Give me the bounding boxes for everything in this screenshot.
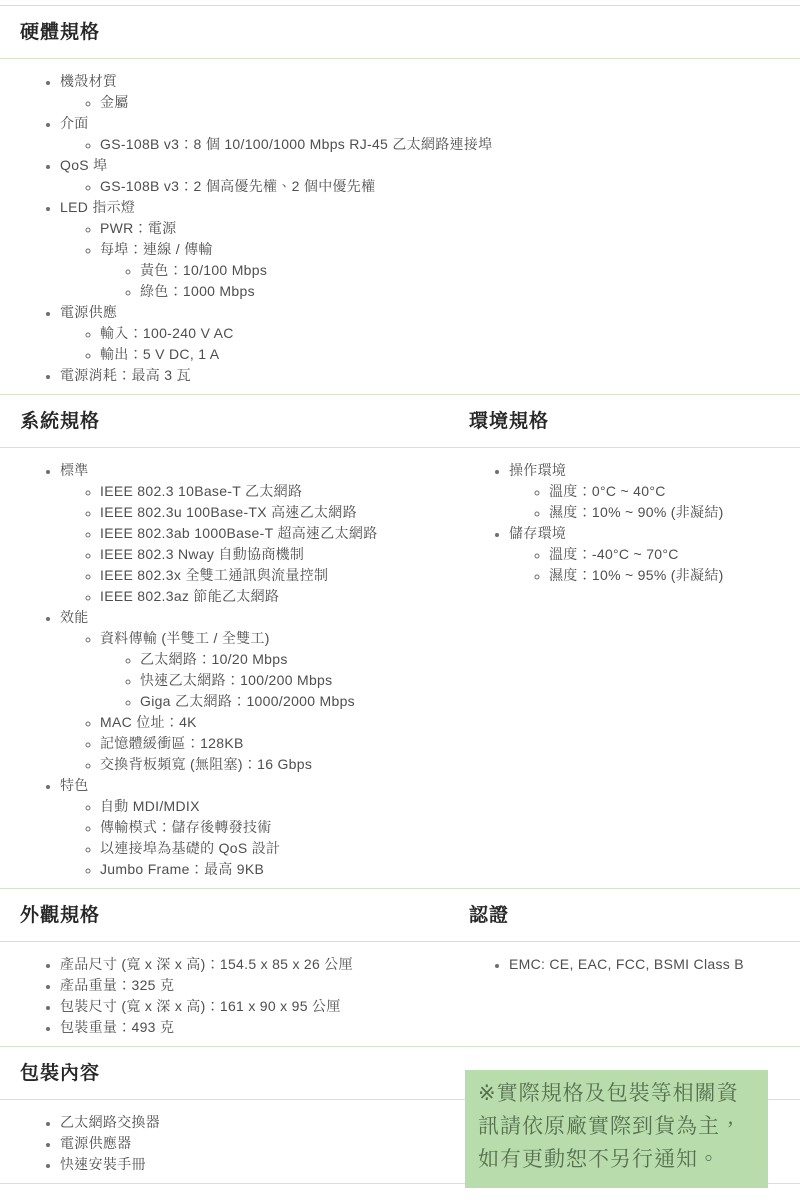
list-item-text: 儲存環境 (509, 525, 566, 541)
list-item-text: IEEE 802.3 Nway 自動協商機制 (100, 546, 304, 562)
list-item-text: GS-108B v3：2 個高優先權、2 個中優先權 (100, 178, 375, 194)
list-item: 輸出：5 V DC, 1 A (100, 344, 780, 365)
list-item-text: 產品尺寸 (寬 x 深 x 高)：154.5 x 85 x 26 公厘 (60, 956, 353, 972)
list-item: 機殼材質金屬 (60, 71, 780, 113)
list-item: Jumbo Frame：最高 9KB (100, 859, 429, 880)
list-item: 包裝重量：493 克 (60, 1017, 429, 1038)
list-item-text: 乙太網路：10/20 Mbps (140, 651, 288, 667)
spec-list-level-2: PWR：電源每埠：連線 / 傳輸黃色：10/100 Mbps綠色：1000 Mb… (60, 218, 780, 302)
divider (0, 1046, 800, 1047)
list-item-text: 溫度：0°C ~ 40°C (549, 483, 666, 499)
list-item-text: MAC 位址：4K (100, 714, 197, 730)
list-item-text: 交換背板頻寬 (無阻塞)：16 Gbps (100, 756, 312, 772)
spec-page: 硬體規格 機殼材質金屬介面GS-108B v3：8 個 10/100/1000 … (0, 0, 800, 1200)
list-item-text: IEEE 802.3x 全雙工通訊與流量控制 (100, 567, 328, 583)
divider (0, 5, 800, 6)
spec-list-level-1: EMC: CE, EAC, FCC, BSMI Class B (469, 942, 780, 983)
list-item-text: 介面 (60, 115, 89, 131)
list-item: 產品尺寸 (寬 x 深 x 高)：154.5 x 85 x 26 公厘 (60, 954, 429, 975)
list-item: 介面GS-108B v3：8 個 10/100/1000 Mbps RJ-45 … (60, 113, 780, 155)
list-item-text: GS-108B v3：8 個 10/100/1000 Mbps RJ-45 乙太… (100, 136, 492, 152)
list-item-text: Jumbo Frame：最高 9KB (100, 861, 264, 877)
list-item: 資料傳輸 (半雙工 / 全雙工)乙太網路：10/20 Mbps快速乙太網路：10… (100, 628, 429, 712)
list-item: IEEE 802.3 Nway 自動協商機制 (100, 544, 429, 565)
list-item: 每埠：連線 / 傳輸黃色：10/100 Mbps綠色：1000 Mbps (100, 239, 780, 302)
list-item-text: 電源消耗：最高 3 瓦 (60, 367, 191, 383)
list-item: 快速乙太網路：100/200 Mbps (140, 670, 429, 691)
list-item: 自動 MDI/MDIX (100, 796, 429, 817)
list-item: 傳輸模式：儲存後轉發技術 (100, 817, 429, 838)
list-item-text: 溫度：-40°C ~ 70°C (549, 546, 679, 562)
spec-list-level-2: 金屬 (60, 92, 780, 113)
list-item-text: 快速乙太網路：100/200 Mbps (140, 672, 332, 688)
list-item: 乙太網路：10/20 Mbps (140, 649, 429, 670)
list-item-text: 金屬 (100, 94, 129, 110)
list-item-text: 濕度：10% ~ 95% (非凝結) (549, 567, 724, 583)
list-item: 溫度：-40°C ~ 70°C (549, 544, 780, 565)
list-item-text: 快速安裝手冊 (60, 1156, 146, 1172)
list-item: 記憶體緩衝區：128KB (100, 733, 429, 754)
list-item: 效能資料傳輸 (半雙工 / 全雙工)乙太網路：10/20 Mbps快速乙太網路：… (60, 607, 429, 775)
list-item-text: 綠色：1000 Mbps (140, 283, 255, 299)
list-item-text: 產品重量：325 克 (60, 977, 174, 993)
list-item-text: 乙太網路交換器 (60, 1114, 160, 1130)
list-item-text: 電源供應器 (60, 1135, 132, 1151)
list-item: GS-108B v3：8 個 10/100/1000 Mbps RJ-45 乙太… (100, 134, 780, 155)
hardware-spec-list: 機殼材質金屬介面GS-108B v3：8 個 10/100/1000 Mbps … (0, 59, 800, 394)
list-item-text: 濕度：10% ~ 90% (非凝結) (549, 504, 724, 520)
spec-list-level-2: 溫度：0°C ~ 40°C濕度：10% ~ 90% (非凝結) (509, 481, 780, 523)
spec-list-level-2: IEEE 802.3 10Base-T 乙太網路IEEE 802.3u 100B… (60, 481, 429, 607)
list-item: MAC 位址：4K (100, 712, 429, 733)
list-item: 產品重量：325 克 (60, 975, 429, 996)
section-title-environment: 環境規格 (469, 410, 780, 434)
list-item: 輸入：100-240 V AC (100, 323, 780, 344)
spec-list-level-2: GS-108B v3：8 個 10/100/1000 Mbps RJ-45 乙太… (60, 134, 780, 155)
list-item: 儲存環境溫度：-40°C ~ 70°C濕度：10% ~ 95% (非凝結) (509, 523, 780, 586)
list-item-text: LED 指示燈 (60, 199, 135, 215)
list-item-text: 效能 (60, 609, 89, 625)
system-spec-list: 標準IEEE 802.3 10Base-T 乙太網路IEEE 802.3u 10… (0, 448, 449, 888)
list-item-text: 包裝重量：493 克 (60, 1019, 174, 1035)
list-item-text: 包裝尺寸 (寬 x 深 x 高)：161 x 90 x 95 公厘 (60, 998, 341, 1014)
list-item-text: 特色 (60, 777, 89, 793)
section-title-hardware: 硬體規格 (20, 21, 780, 45)
list-item: EMC: CE, EAC, FCC, BSMI Class B (509, 954, 780, 975)
spec-list-level-1: 產品尺寸 (寬 x 深 x 高)：154.5 x 85 x 26 公厘產品重量：… (20, 942, 429, 1046)
spec-list-level-2: 自動 MDI/MDIX傳輸模式：儲存後轉發技術以連接埠為基礎的 QoS 設計Ju… (60, 796, 429, 880)
list-item: Giga 乙太網路：1000/2000 Mbps (140, 691, 429, 712)
list-item-text: QoS 埠 (60, 157, 107, 173)
list-item: 以連接埠為基礎的 QoS 設計 (100, 838, 429, 859)
list-item: IEEE 802.3u 100Base-TX 高速乙太網路 (100, 502, 429, 523)
list-item-text: IEEE 802.3ab 1000Base-T 超高速乙太網路 (100, 525, 378, 541)
list-item: 包裝尺寸 (寬 x 深 x 高)：161 x 90 x 95 公厘 (60, 996, 429, 1017)
spec-list-level-1: 機殼材質金屬介面GS-108B v3：8 個 10/100/1000 Mbps … (20, 59, 780, 394)
section-title-physical: 外觀規格 (20, 904, 429, 928)
list-item: 交換背板頻寬 (無阻塞)：16 Gbps (100, 754, 429, 775)
list-item: IEEE 802.3x 全雙工通訊與流量控制 (100, 565, 429, 586)
list-item-text: 黃色：10/100 Mbps (140, 262, 267, 278)
list-item-text: EMC: CE, EAC, FCC, BSMI Class B (509, 956, 744, 972)
environment-spec-list: 操作環境溫度：0°C ~ 40°C濕度：10% ~ 90% (非凝結)儲存環境溫… (449, 448, 800, 594)
list-item: QoS 埠GS-108B v3：2 個高優先權、2 個中優先權 (60, 155, 780, 197)
list-item-text: 以連接埠為基礎的 QoS 設計 (100, 840, 280, 856)
list-item: IEEE 802.3ab 1000Base-T 超高速乙太網路 (100, 523, 429, 544)
spec-list-level-1: 標準IEEE 802.3 10Base-T 乙太網路IEEE 802.3u 10… (20, 448, 429, 888)
list-item-text: 傳輸模式：儲存後轉發技術 (100, 819, 272, 835)
list-item: 溫度：0°C ~ 40°C (549, 481, 780, 502)
spec-list-level-2: 資料傳輸 (半雙工 / 全雙工)乙太網路：10/20 Mbps快速乙太網路：10… (60, 628, 429, 775)
spec-list-level-2: 輸入：100-240 V AC輸出：5 V DC, 1 A (60, 323, 780, 365)
notice-box: ※實際規格及包裝等相關資訊請依原廠實際到貨為主，如有更動恕不另行通知。 (465, 1070, 768, 1188)
list-item-text: IEEE 802.3az 節能乙太網路 (100, 588, 279, 604)
list-item: 電源消耗：最高 3 瓦 (60, 365, 780, 386)
list-item-text: IEEE 802.3u 100Base-TX 高速乙太網路 (100, 504, 357, 520)
list-item: 特色自動 MDI/MDIX傳輸模式：儲存後轉發技術以連接埠為基礎的 QoS 設計… (60, 775, 429, 880)
section-title-system: 系統規格 (20, 410, 429, 434)
list-item: GS-108B v3：2 個高優先權、2 個中優先權 (100, 176, 780, 197)
list-item: 金屬 (100, 92, 780, 113)
list-item-text: IEEE 802.3 10Base-T 乙太網路 (100, 483, 302, 499)
list-item-text: PWR：電源 (100, 220, 176, 236)
notice-text: ※實際規格及包裝等相關資訊請依原廠實際到貨為主，如有更動恕不另行通知。 (478, 1082, 742, 1171)
list-item: PWR：電源 (100, 218, 780, 239)
certification-list: EMC: CE, EAC, FCC, BSMI Class B (449, 942, 800, 983)
spec-list-level-1: 操作環境溫度：0°C ~ 40°C濕度：10% ~ 90% (非凝結)儲存環境溫… (469, 448, 780, 594)
list-item: 濕度：10% ~ 90% (非凝結) (549, 502, 780, 523)
list-item-text: 資料傳輸 (半雙工 / 全雙工) (100, 630, 270, 646)
list-item-text: 記憶體緩衝區：128KB (100, 735, 244, 751)
list-item-text: 輸出：5 V DC, 1 A (100, 346, 219, 362)
list-item: 操作環境溫度：0°C ~ 40°C濕度：10% ~ 90% (非凝結) (509, 460, 780, 523)
list-item: 黃色：10/100 Mbps (140, 260, 780, 281)
list-item: 綠色：1000 Mbps (140, 281, 780, 302)
list-item-text: 電源供應 (60, 304, 117, 320)
spec-list-level-2: 溫度：-40°C ~ 70°C濕度：10% ~ 95% (非凝結) (509, 544, 780, 586)
spec-list-level-2: GS-108B v3：2 個高優先權、2 個中優先權 (60, 176, 780, 197)
list-item-text: 機殼材質 (60, 73, 117, 89)
list-item-text: 標準 (60, 462, 89, 478)
list-item: 濕度：10% ~ 95% (非凝結) (549, 565, 780, 586)
spec-list-level-3: 乙太網路：10/20 Mbps快速乙太網路：100/200 MbpsGiga 乙… (100, 649, 429, 712)
list-item: IEEE 802.3 10Base-T 乙太網路 (100, 481, 429, 502)
list-item-text: 每埠：連線 / 傳輸 (100, 241, 213, 257)
list-item-text: 操作環境 (509, 462, 566, 478)
spec-list-level-3: 黃色：10/100 Mbps綠色：1000 Mbps (100, 260, 780, 302)
section-title-certification: 認證 (469, 904, 780, 928)
list-item: 電源供應輸入：100-240 V AC輸出：5 V DC, 1 A (60, 302, 780, 365)
list-item: IEEE 802.3az 節能乙太網路 (100, 586, 429, 607)
list-item-text: 自動 MDI/MDIX (100, 798, 200, 814)
list-item: LED 指示燈PWR：電源每埠：連線 / 傳輸黃色：10/100 Mbps綠色：… (60, 197, 780, 302)
physical-spec-list: 產品尺寸 (寬 x 深 x 高)：154.5 x 85 x 26 公厘產品重量：… (0, 942, 449, 1046)
list-item: 標準IEEE 802.3 10Base-T 乙太網路IEEE 802.3u 10… (60, 460, 429, 607)
list-item-text: 輸入：100-240 V AC (100, 325, 234, 341)
list-item-text: Giga 乙太網路：1000/2000 Mbps (140, 693, 355, 709)
